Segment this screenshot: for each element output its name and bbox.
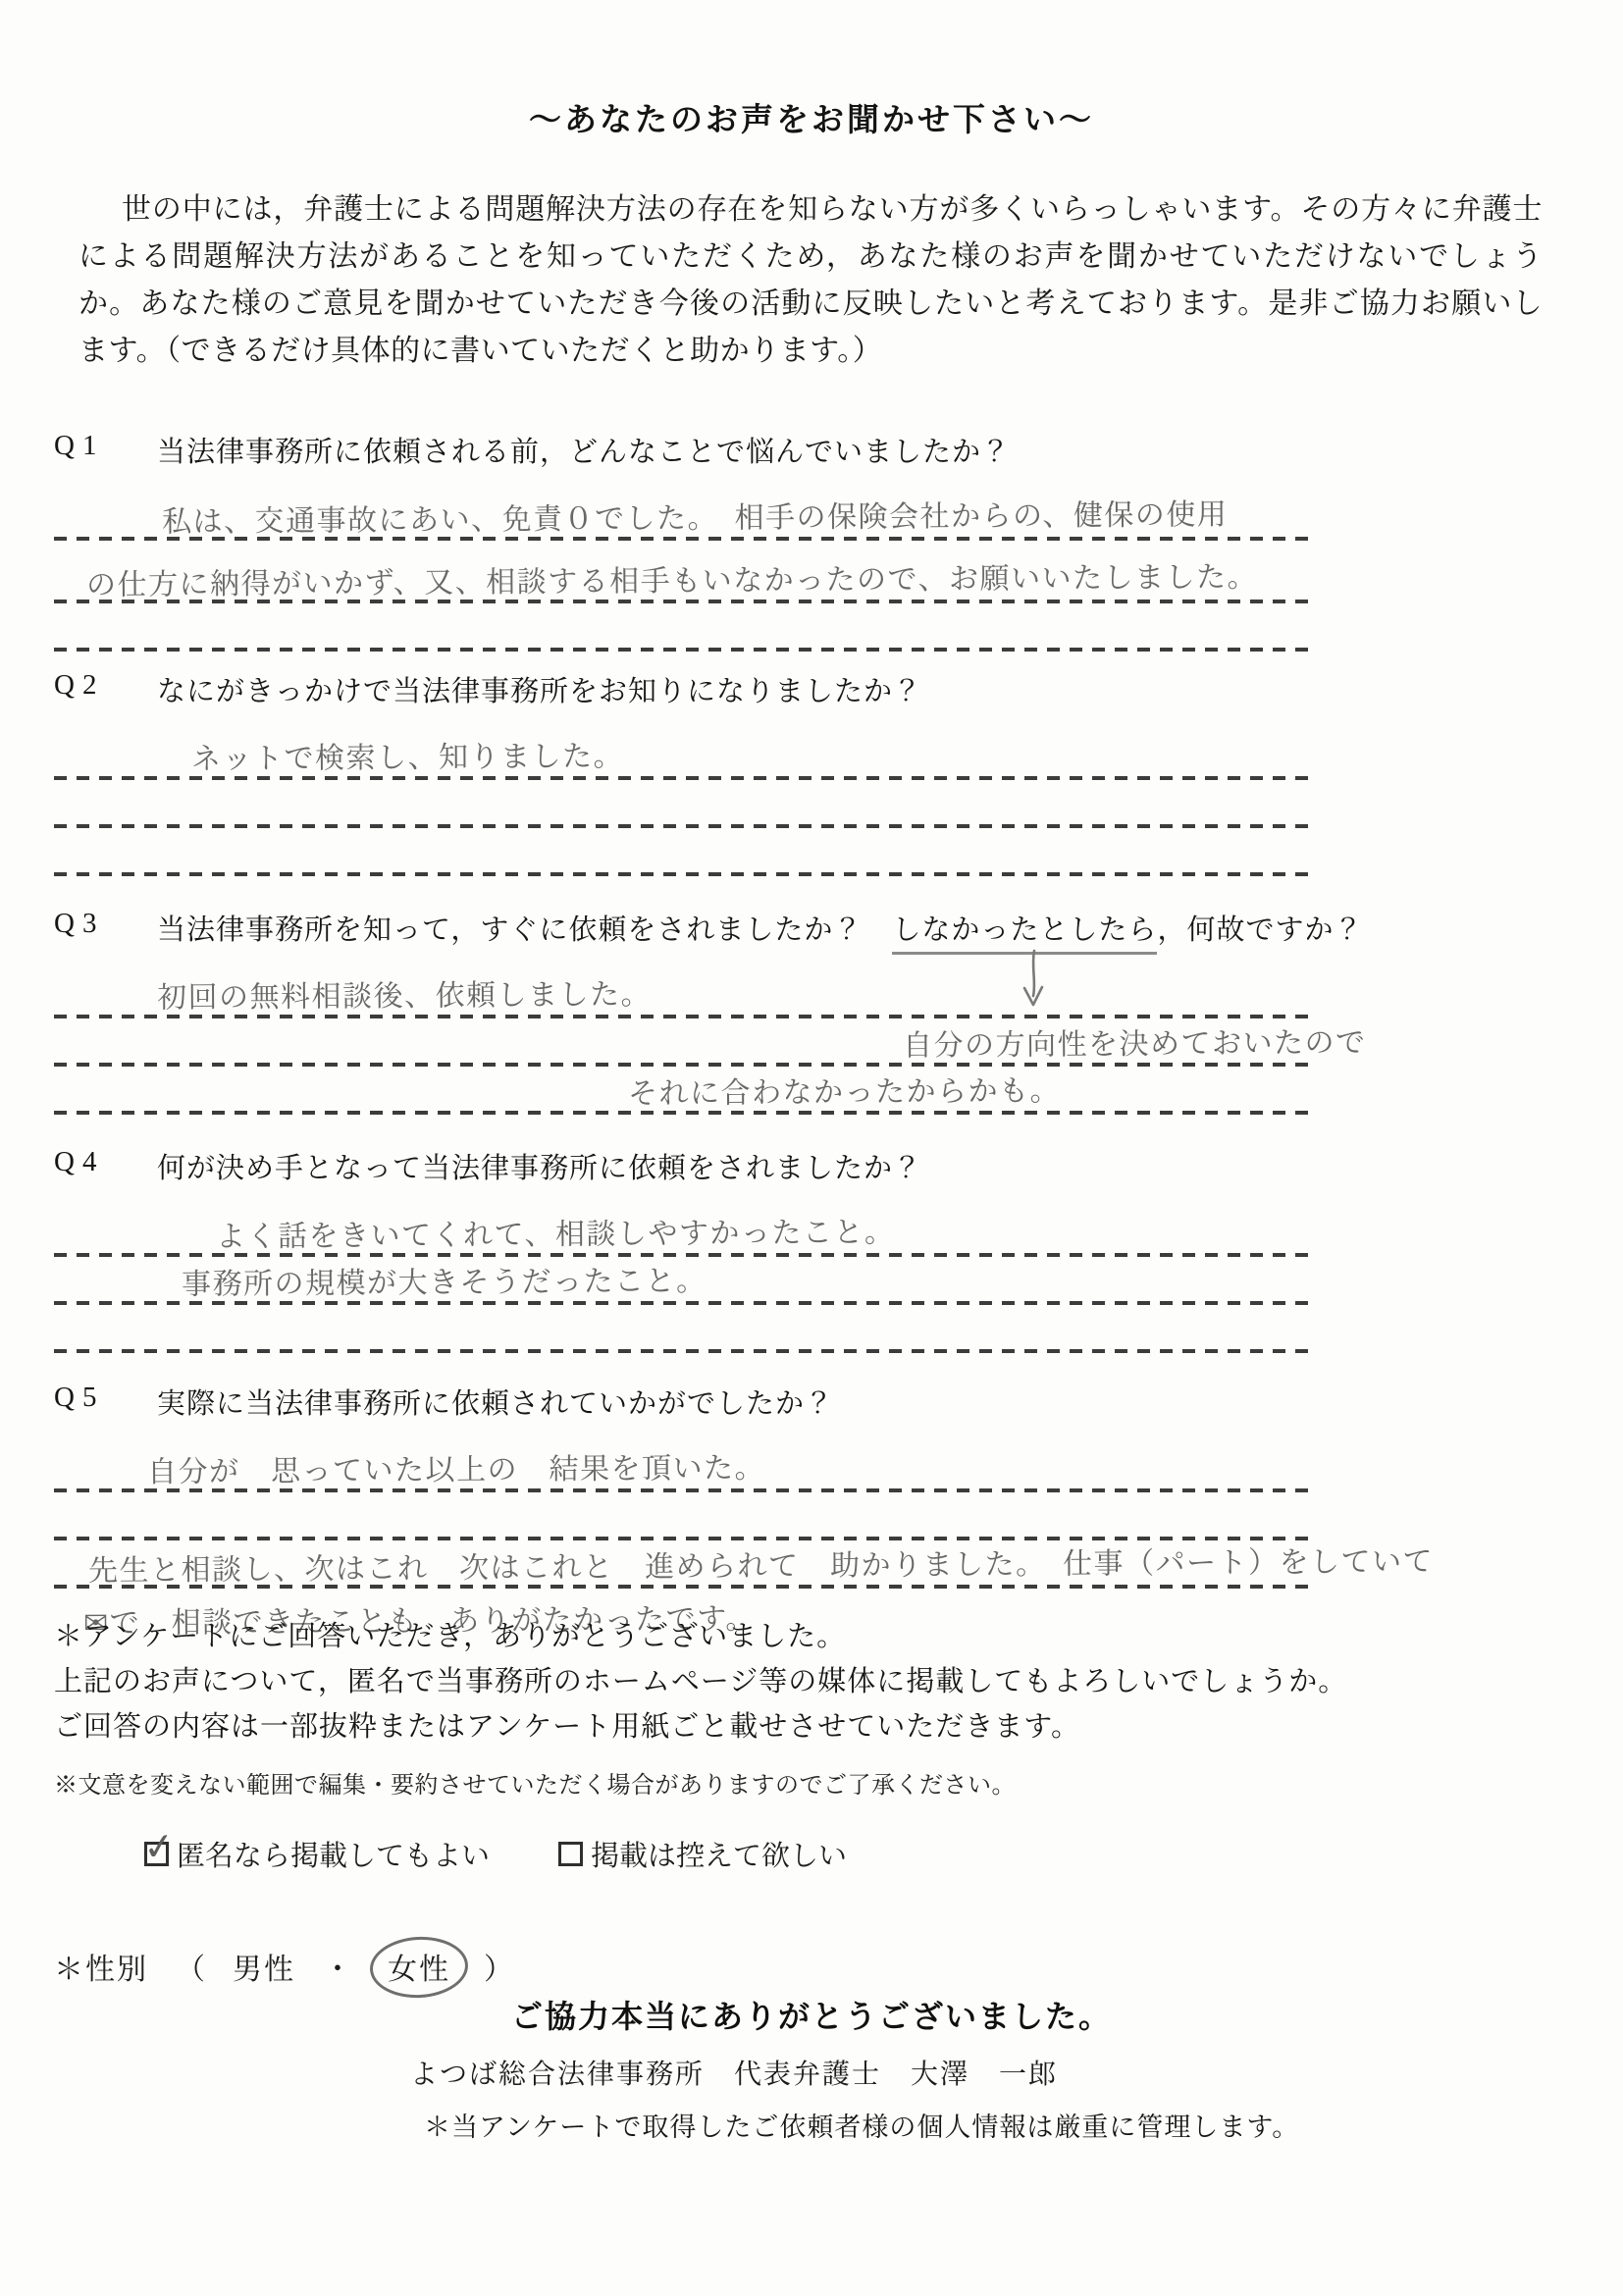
footer-section: ご協力本当にありがとうございました。 よつば総合法律事務所 代表弁護士 大澤 一… [0, 1992, 1623, 2144]
question-label: Q2 [54, 669, 157, 702]
question-text-post: ，何故ですか？ [1157, 914, 1363, 946]
answer-row [54, 603, 1315, 652]
option-anonymous-ok[interactable]: ✓ 匿名なら掲載してもよい [144, 1834, 490, 1874]
answer-row: よく話をきいてくれて、相談しやすかったこと。 [54, 1194, 1315, 1257]
publish-detail-line: ご回答の内容は一部抜粋またはアンケート用紙ごと載せさせていただきます。 [54, 1704, 1565, 1749]
footer-big-thanks: ご協力本当にありがとうございました。 [0, 1992, 1623, 2037]
scanned-questionnaire-page: ～あなたのお声をお聞かせ下さい～ 世の中には，弁護士による問題解決方法の存在を知… [0, 0, 1623, 2296]
handwritten-answer: 先生と相談し、次はこれ 次はこれと 進められて 助かりました。 仕事（パート）を… [88, 1537, 1434, 1590]
publish-request-line: 上記のお声について，匿名で当事務所のホームページ等の媒体に掲載してもよろしいでし… [54, 1659, 1565, 1704]
handwritten-answer: 自分の方向性を決めておいたので [903, 1018, 1367, 1064]
handwritten-answer: ネットで検索し、知りました。 [191, 731, 624, 777]
question-head: Q1 当法律事務所に依頼される前，どんなことで悩んでいましたか？ [54, 430, 1315, 470]
handwritten-answer: 事務所の規模が大きそうだったこと。 [182, 1256, 707, 1303]
option-anonymous-ok-label: 匿名なら掲載してもよい [177, 1834, 490, 1874]
footer-firm-line: よつば総合法律事務所 代表弁護士 大澤 一郎 [410, 2053, 1623, 2092]
question-label: Q5 [54, 1382, 157, 1414]
survey-thanks-line: ＊アンケートにご回答いただき，ありがとうございました。 [54, 1614, 1565, 1659]
option-no-publish-label: 掲載は控えて欲しい [591, 1834, 847, 1874]
page-title: ～あなたのお声をお聞かせ下さい～ [0, 94, 1623, 140]
gender-row: ＊性別 （ 男性 ・ 女性 ） [54, 1945, 1565, 1988]
checkbox-no-publish[interactable] [558, 1842, 583, 1866]
question-block-q3: Q3 当法律事務所を知って，すぐに依頼をされましたか？ しなかったとしたら，何故… [54, 908, 1315, 1115]
handwritten-check-icon: ✓ [141, 1823, 177, 1869]
answer-row: 私は、交通事故にあい、免責０でした。 相手の保険会社からの、健保の使用 [54, 478, 1315, 541]
handwritten-answer: 自分が 思っていた以上の 結果を頂いた。 [147, 1443, 765, 1490]
publish-consent-options: ✓ 匿名なら掲載してもよい 掲載は控えて欲しい [54, 1834, 1565, 1874]
answer-row [54, 780, 1315, 828]
question-block-q4: Q4 何が決め手となって当法律事務所に依頼をされましたか？ よく話をきいてくれて… [54, 1146, 1315, 1353]
answer-row: 自分の方向性を決めておいたので [54, 1018, 1315, 1067]
edit-note-line: ※文意を変えない範囲で編集・要約させていただく場合がありますのでご了承ください。 [54, 1763, 1565, 1808]
gender-option-female[interactable]: 女性 [382, 1945, 456, 1988]
answer-row: の仕方に納得がいかず、又、相談する相手もいなかったので、お願いいたしました。 [54, 541, 1315, 603]
answer-row [54, 1492, 1315, 1540]
intro-paragraph: 世の中には，弁護士による問題解決方法の存在を知らない方が多くいらっしゃいます。そ… [79, 186, 1543, 375]
answer-line [54, 1349, 1315, 1353]
answer-line [54, 648, 1315, 652]
question-block-q5: Q5 実際に当法律事務所に依頼されていかがでしたか？ 自分が 思っていた以上の … [54, 1382, 1315, 1640]
question-block-q1: Q1 当法律事務所に依頼される前，どんなことで悩んでいましたか？ 私は、交通事故… [54, 430, 1315, 652]
footer-privacy-note: ＊当アンケートで取得したご依頼者様の個人情報は厳重に管理します。 [424, 2106, 1623, 2144]
question-label: Q1 [54, 430, 157, 462]
question-head: Q5 実際に当法律事務所に依頼されていかがでしたか？ [54, 1382, 1315, 1422]
question-head: Q4 何が決め手となって当法律事務所に依頼をされましたか？ [54, 1146, 1315, 1186]
handwritten-answer: それに合わなかったからかも。 [628, 1066, 1061, 1112]
handwritten-answer: 私は、交通事故にあい、免責０でした。 相手の保険会社からの、健保の使用 [162, 490, 1229, 541]
answer-row: 先生と相談し、次はこれ 次はこれと 進められて 助かりました。 仕事（パート）を… [54, 1540, 1315, 1589]
answer-row: 自分が 思っていた以上の 結果を頂いた。 [54, 1430, 1315, 1492]
option-no-publish[interactable]: 掲載は控えて欲しい [558, 1834, 847, 1874]
question-head: Q2 なにがきっかけで当法律事務所をお知りになりましたか？ [54, 669, 1315, 709]
question-text-pre: 当法律事務所を知って，すぐに依頼をされましたか？ [157, 914, 892, 946]
checkbox-anonymous-ok[interactable]: ✓ [144, 1842, 169, 1866]
answer-row: それに合わなかったからかも。 [54, 1067, 1315, 1115]
question-text: 実際に当法律事務所に依頼されていかがでしたか？ [157, 1382, 834, 1422]
answer-line [54, 1585, 1315, 1589]
answer-row: 事務所の規模が大きそうだったこと。 [54, 1257, 1315, 1305]
answer-row [54, 1305, 1315, 1353]
answer-row [54, 828, 1315, 876]
gender-open-paren: （ [176, 1945, 205, 1988]
question-block-q2: Q2 なにがきっかけで当法律事務所をお知りになりましたか？ ネットで検索し、知り… [54, 669, 1315, 876]
answer-row: 初回の無料相談後、依頼しました。 [54, 956, 1315, 1018]
question-text: 当法律事務所に依頼される前，どんなことで悩んでいましたか？ [157, 430, 1011, 470]
gender-label: ＊性別 [54, 1945, 148, 1988]
gender-option-male[interactable]: 男性 [233, 1945, 295, 1988]
question-text: 当法律事務所を知って，すぐに依頼をされましたか？ しなかったとしたら，何故ですか… [157, 908, 1363, 948]
question-label: Q4 [54, 1146, 157, 1178]
handwritten-answer: の仕方に納得がいかず、又、相談する相手もいなかったので、お願いいたしました。 [86, 552, 1258, 603]
question-head: Q3 当法律事務所を知って，すぐに依頼をされましたか？ しなかったとしたら，何故… [54, 908, 1315, 948]
handwritten-answer: よく話をきいてくれて、相談しやすかったこと。 [216, 1208, 896, 1256]
closing-section: ＊アンケートにご回答いただき，ありがとうございました。 上記のお声について，匿名… [54, 1614, 1565, 1988]
answer-line [54, 872, 1315, 876]
question-label: Q3 [54, 908, 157, 940]
handwritten-answer: 初回の無料相談後、依頼しました。 [157, 969, 652, 1017]
gender-close-paren: ） [484, 1945, 513, 1988]
question-text: 何が決め手となって当法律事務所に依頼をされましたか？ [157, 1146, 922, 1186]
question-text-underlined: しなかったとしたら [892, 914, 1157, 955]
question-text: なにがきっかけで当法律事務所をお知りになりましたか？ [157, 669, 922, 709]
answer-line [54, 1111, 1315, 1115]
answer-row: ネットで検索し、知りました。 [54, 717, 1315, 780]
gender-separator: ・ [323, 1945, 354, 1988]
